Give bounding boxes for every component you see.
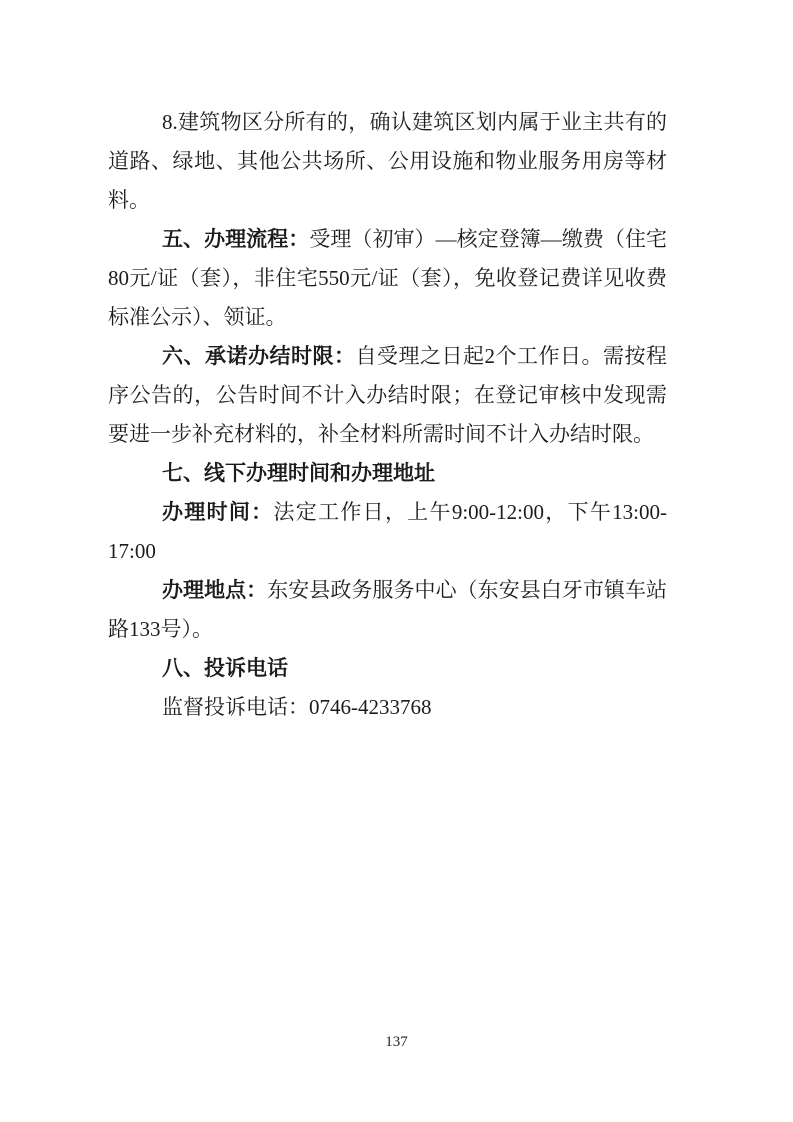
paragraph-office-location: 办理地点：东安县政务服务中心（东安县白牙市镇车站路133号）。 — [108, 571, 667, 649]
document-page: 8.建筑物区分所有的，确认建筑区划内属于业主共有的道路、绿地、其他公共场所、公用… — [0, 0, 793, 1122]
paragraph-complaint-phone: 监督投诉电话：0746-4233768 — [108, 688, 667, 727]
paragraph-lead: 五、办理流程： — [162, 228, 309, 251]
heading-text: 八、投诉电话 — [162, 657, 288, 680]
paragraph-lead: 办理时间： — [162, 500, 273, 524]
paragraph-office-hours: 办理时间：法定工作日，上午9:00-12:00，下午13:00-17:00 — [108, 493, 667, 571]
paragraph-text: 监督投诉电话：0746-4233768 — [162, 695, 432, 719]
paragraph-lead: 办理地点： — [162, 578, 267, 602]
paragraph-section-5-process: 五、办理流程：受理（初审）—核定登簿—缴费（住宅80元/证（套），非住宅550元… — [108, 220, 667, 337]
paragraph-lead: 六、承诺办结时限： — [162, 345, 356, 368]
heading-section-7: 七、线下办理时间和办理地址 — [108, 454, 667, 493]
heading-text: 七、线下办理时间和办理地址 — [162, 462, 435, 485]
paragraph-text: 8.建筑物区分所有的，确认建筑区划内属于业主共有的道路、绿地、其他公共场所、公用… — [108, 110, 667, 212]
page-number: 137 — [0, 1031, 793, 1053]
heading-section-8: 八、投诉电话 — [108, 649, 667, 688]
paragraph-item-8: 8.建筑物区分所有的，确认建筑区划内属于业主共有的道路、绿地、其他公共场所、公用… — [108, 103, 667, 220]
paragraph-section-6-deadline: 六、承诺办结时限：自受理之日起2个工作日。需按程序公告的，公告时间不计入办结时限… — [108, 337, 667, 454]
